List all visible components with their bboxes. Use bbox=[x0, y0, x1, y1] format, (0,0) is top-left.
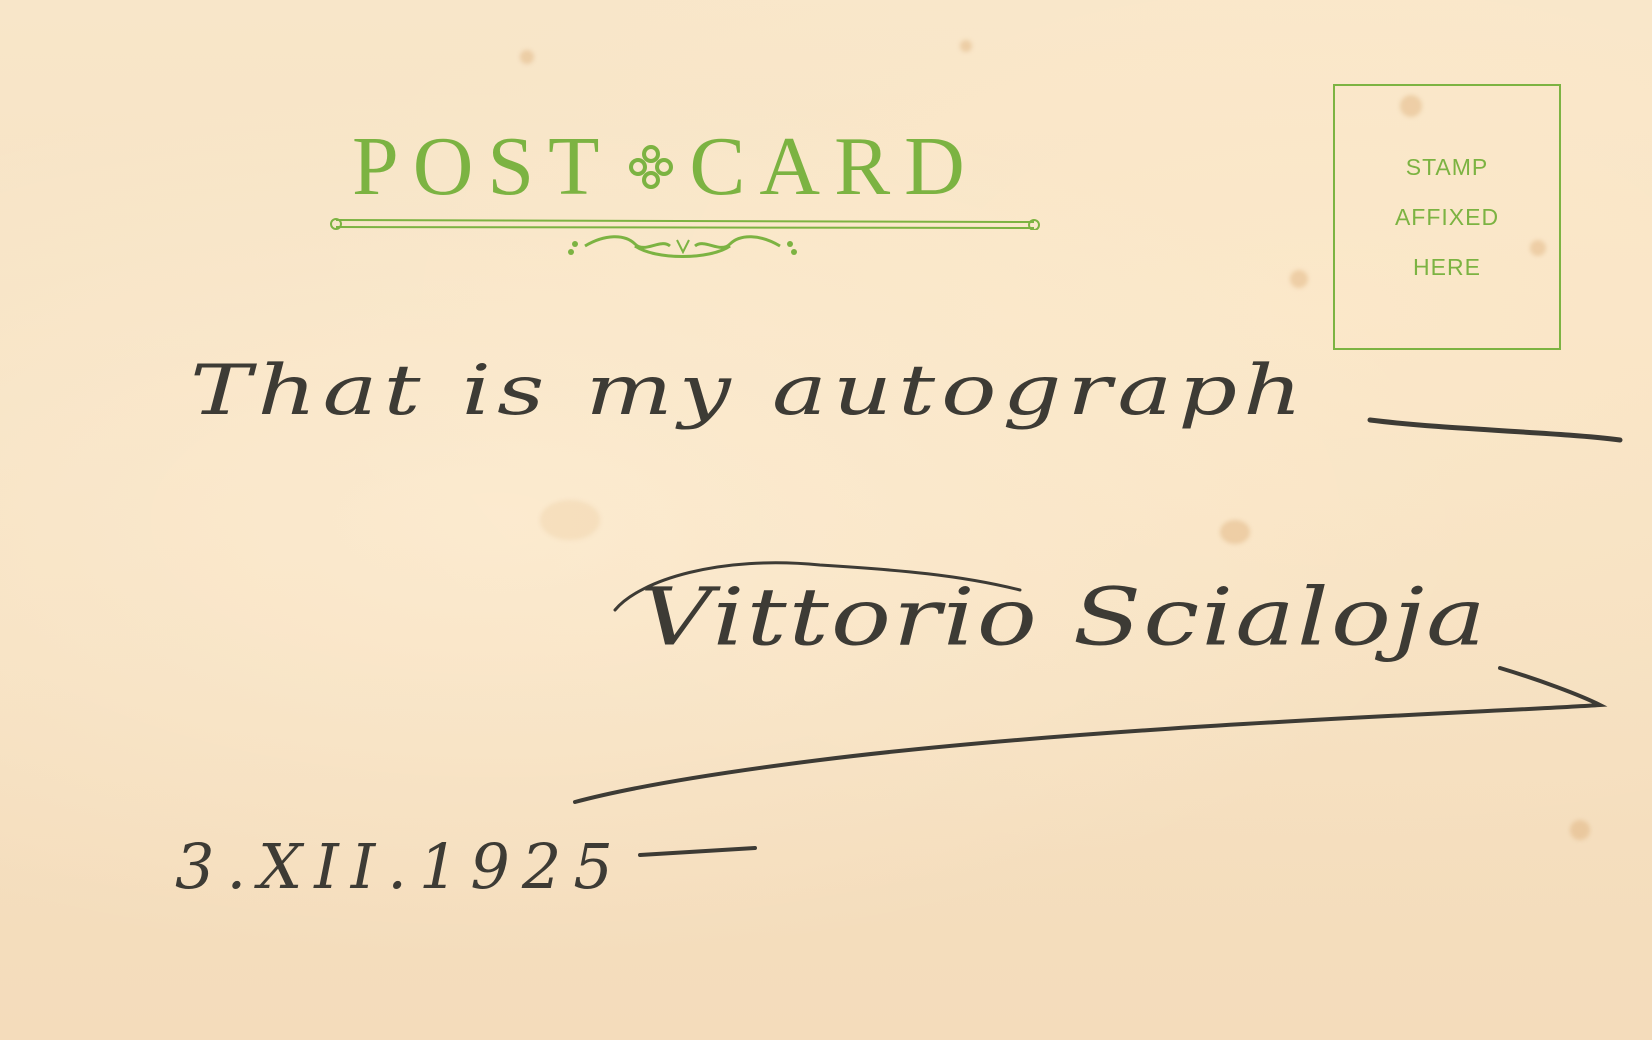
postcard-back: POST CARD STAMP AFFIXED HERE That is my … bbox=[0, 0, 1652, 1040]
signature-flourish-strokes bbox=[0, 0, 1652, 1040]
